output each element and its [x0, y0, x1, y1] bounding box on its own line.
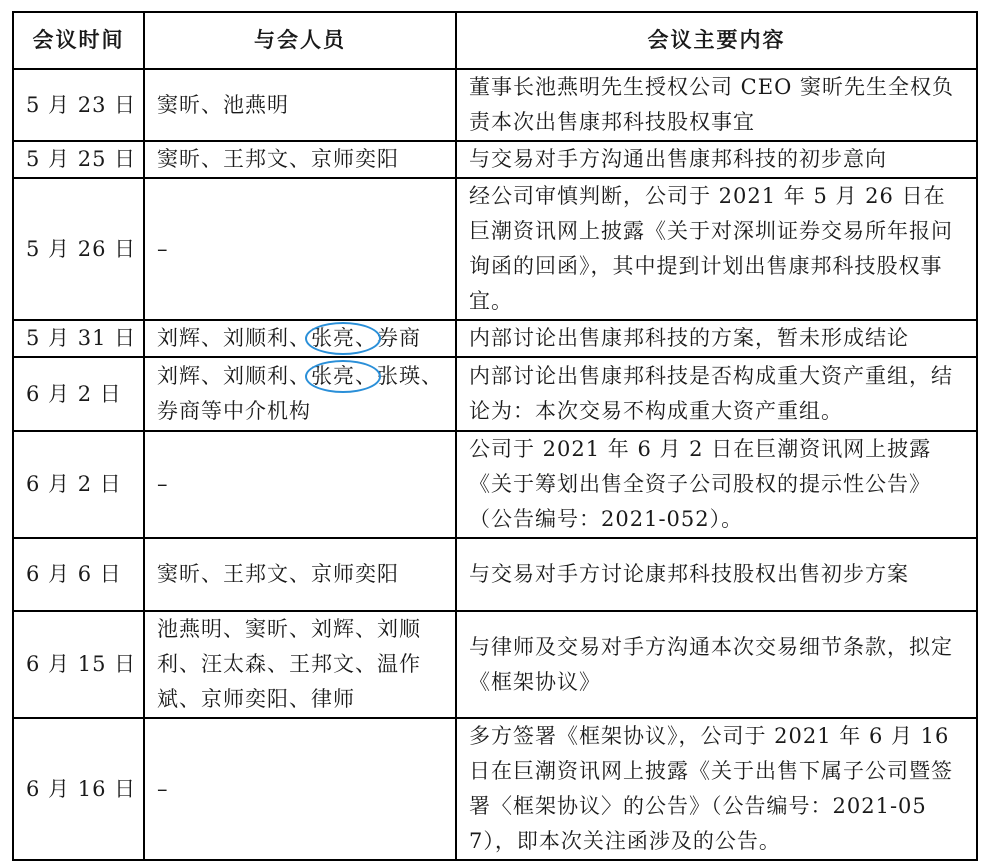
circled-attendee-annotation: 张亮、	[311, 359, 377, 394]
meeting-attendees: 刘辉、刘顺利、张亮、张瑛、券商等中介机构	[144, 357, 456, 431]
table-row: 5 月 26 日–经公司审慎判断，公司于 2021 年 5 月 26 日在巨潮资…	[13, 178, 977, 320]
meeting-date: 5 月 26 日	[13, 178, 144, 320]
table-row: 6 月 6 日窦昕、王邦文、京师奕阳与交易对手方讨论康邦科技股权出售初步方案	[13, 538, 977, 611]
attendee-text: 窦昕、王邦文、京师奕阳	[157, 147, 399, 171]
attendee-text: –	[157, 472, 169, 496]
header-row: 会议时间 与会人员 会议主要内容	[13, 12, 977, 69]
attendee-text: 窦昕、王邦文、京师奕阳	[157, 562, 399, 586]
table-row: 6 月 2 日刘辉、刘顺利、张亮、张瑛、券商等中介机构内部讨论出售康邦科技是否构…	[13, 357, 977, 431]
table-row: 5 月 25 日窦昕、王邦文、京师奕阳与交易对手方沟通出售康邦科技的初步意向	[13, 141, 977, 178]
meeting-attendees: –	[144, 178, 456, 320]
meeting-attendees: 窦昕、池燕明	[144, 69, 456, 141]
meeting-date: 6 月 15 日	[13, 611, 144, 718]
attendee-text: 窦昕、池燕明	[157, 93, 289, 117]
meeting-attendees: 窦昕、王邦文、京师奕阳	[144, 141, 456, 178]
meeting-date: 6 月 2 日	[13, 431, 144, 538]
header-attendees: 与会人员	[144, 12, 456, 69]
meeting-date: 5 月 23 日	[13, 69, 144, 141]
table-row: 6 月 16 日–多方签署《框架协议》，公司于 2021 年 6 月 16 日在…	[13, 718, 977, 860]
table-row: 6 月 2 日–公司于 2021 年 6 月 2 日在巨潮资讯网上披露《关于筹划…	[13, 431, 977, 538]
meeting-attendees: 刘辉、刘顺利、张亮、券商	[144, 320, 456, 357]
meeting-content: 多方签署《框架协议》，公司于 2021 年 6 月 16 日在巨潮资讯网上披露《…	[456, 718, 977, 860]
meeting-timeline-table: 会议时间 与会人员 会议主要内容 5 月 23 日窦昕、池燕明董事长池燕明先生授…	[12, 11, 978, 861]
meeting-content: 公司于 2021 年 6 月 2 日在巨潮资讯网上披露《关于筹划出售全资子公司股…	[456, 431, 977, 538]
meeting-content: 内部讨论出售康邦科技的方案，暂未形成结论	[456, 320, 977, 357]
attendee-text: –	[157, 777, 169, 801]
meeting-attendees: 池燕明、窦昕、刘辉、刘顺利、汪太森、王邦文、温作斌、京师奕阳、律师	[144, 611, 456, 718]
meeting-date: 5 月 25 日	[13, 141, 144, 178]
meeting-content: 内部讨论出售康邦科技是否构成重大资产重组，结论为：本次交易不构成重大资产重组。	[456, 357, 977, 431]
attendee-text: –	[157, 237, 169, 261]
meeting-attendees: –	[144, 718, 456, 860]
header-main-content: 会议主要内容	[456, 12, 977, 69]
table-row: 5 月 31 日刘辉、刘顺利、张亮、券商内部讨论出售康邦科技的方案，暂未形成结论	[13, 320, 977, 357]
meeting-date: 5 月 31 日	[13, 320, 144, 357]
header-meeting-time: 会议时间	[13, 12, 144, 69]
meeting-content: 与律师及交易对手方沟通本次交易细节条款，拟定《框架协议》	[456, 611, 977, 718]
meeting-content: 董事长池燕明先生授权公司 CEO 窦昕先生全权负责本次出售康邦科技股权事宜	[456, 69, 977, 141]
attendee-text: 池燕明、窦昕、刘辉、刘顺利、汪太森、王邦文、温作斌、京师奕阳、律师	[157, 617, 421, 711]
table-row: 5 月 23 日窦昕、池燕明董事长池燕明先生授权公司 CEO 窦昕先生全权负责本…	[13, 69, 977, 141]
meeting-date: 6 月 2 日	[13, 357, 144, 431]
attendee-text: 券商	[377, 326, 421, 350]
circled-attendee-annotation: 张亮、	[311, 321, 377, 356]
meeting-attendees: –	[144, 431, 456, 538]
meeting-content: 与交易对手方沟通出售康邦科技的初步意向	[456, 141, 977, 178]
attendee-text: 刘辉、刘顺利、	[157, 326, 311, 350]
attendee-text: 刘辉、刘顺利、	[157, 364, 311, 388]
table-row: 6 月 15 日池燕明、窦昕、刘辉、刘顺利、汪太森、王邦文、温作斌、京师奕阳、律…	[13, 611, 977, 718]
meeting-content: 经公司审慎判断，公司于 2021 年 5 月 26 日在巨潮资讯网上披露《关于对…	[456, 178, 977, 320]
meeting-content: 与交易对手方讨论康邦科技股权出售初步方案	[456, 538, 977, 611]
meeting-attendees: 窦昕、王邦文、京师奕阳	[144, 538, 456, 611]
meeting-date: 6 月 6 日	[13, 538, 144, 611]
meeting-date: 6 月 16 日	[13, 718, 144, 860]
